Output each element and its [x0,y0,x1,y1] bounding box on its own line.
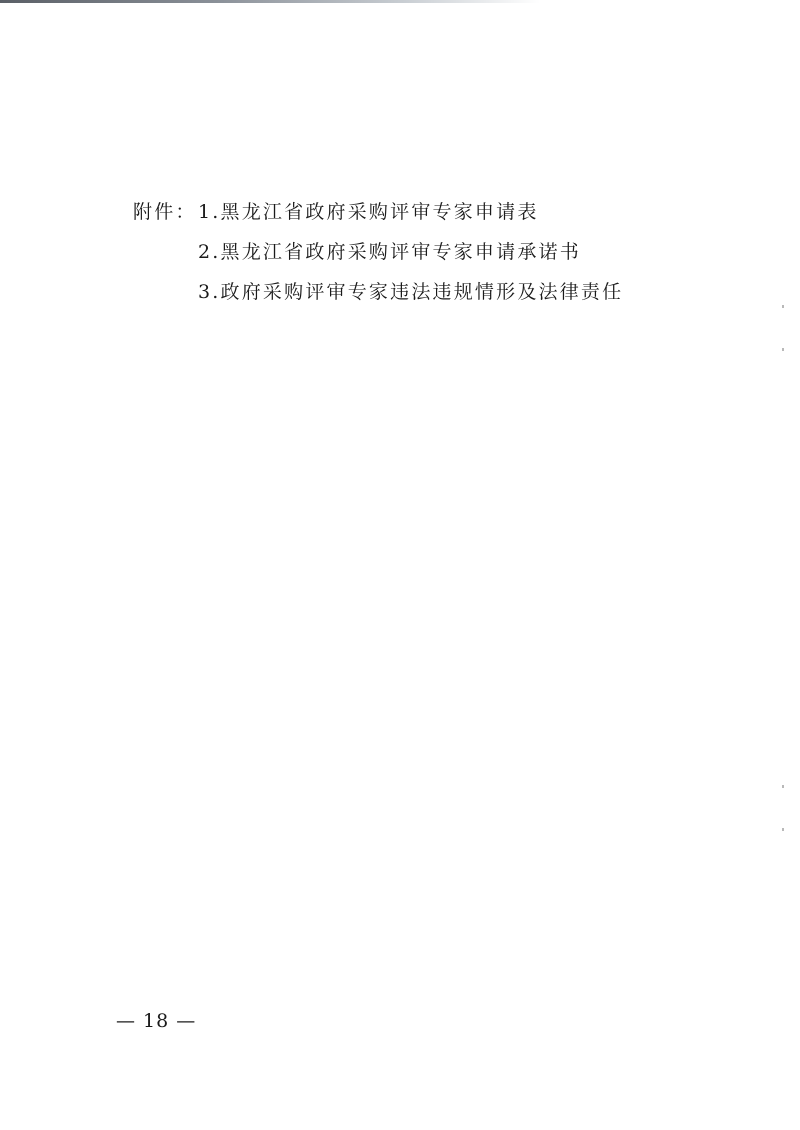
scan-speck [782,348,784,351]
attachment-title: 黑龙江省政府采购评审专家申请表 [221,192,539,232]
attachments-list: 附件： 1. 黑龙江省政府采购评审专家申请表 2. 黑龙江省政府采购评审专家申请… [133,192,623,312]
attachment-title: 黑龙江省政府采购评审专家申请承诺书 [221,232,581,272]
attachments-label: 附件： [133,192,198,232]
scan-speck [782,828,784,831]
attachment-item-1: 附件： 1. 黑龙江省政府采购评审专家申请表 [133,192,623,232]
attachment-number: 1. [198,192,221,232]
page-number: — 18 — [116,1010,196,1032]
attachment-indent [133,232,198,272]
attachment-indent [133,272,198,312]
attachment-item-2: 2. 黑龙江省政府采购评审专家申请承诺书 [133,232,623,272]
attachment-number: 2. [198,232,221,272]
scan-speck [782,305,784,308]
attachment-item-3: 3. 政府采购评审专家违法违规情形及法律责任 [133,272,623,312]
attachment-title: 政府采购评审专家违法违规情形及法律责任 [221,272,624,312]
attachment-number: 3. [198,272,221,312]
scan-speck [782,785,784,788]
scan-edge-artifact [0,0,540,3]
